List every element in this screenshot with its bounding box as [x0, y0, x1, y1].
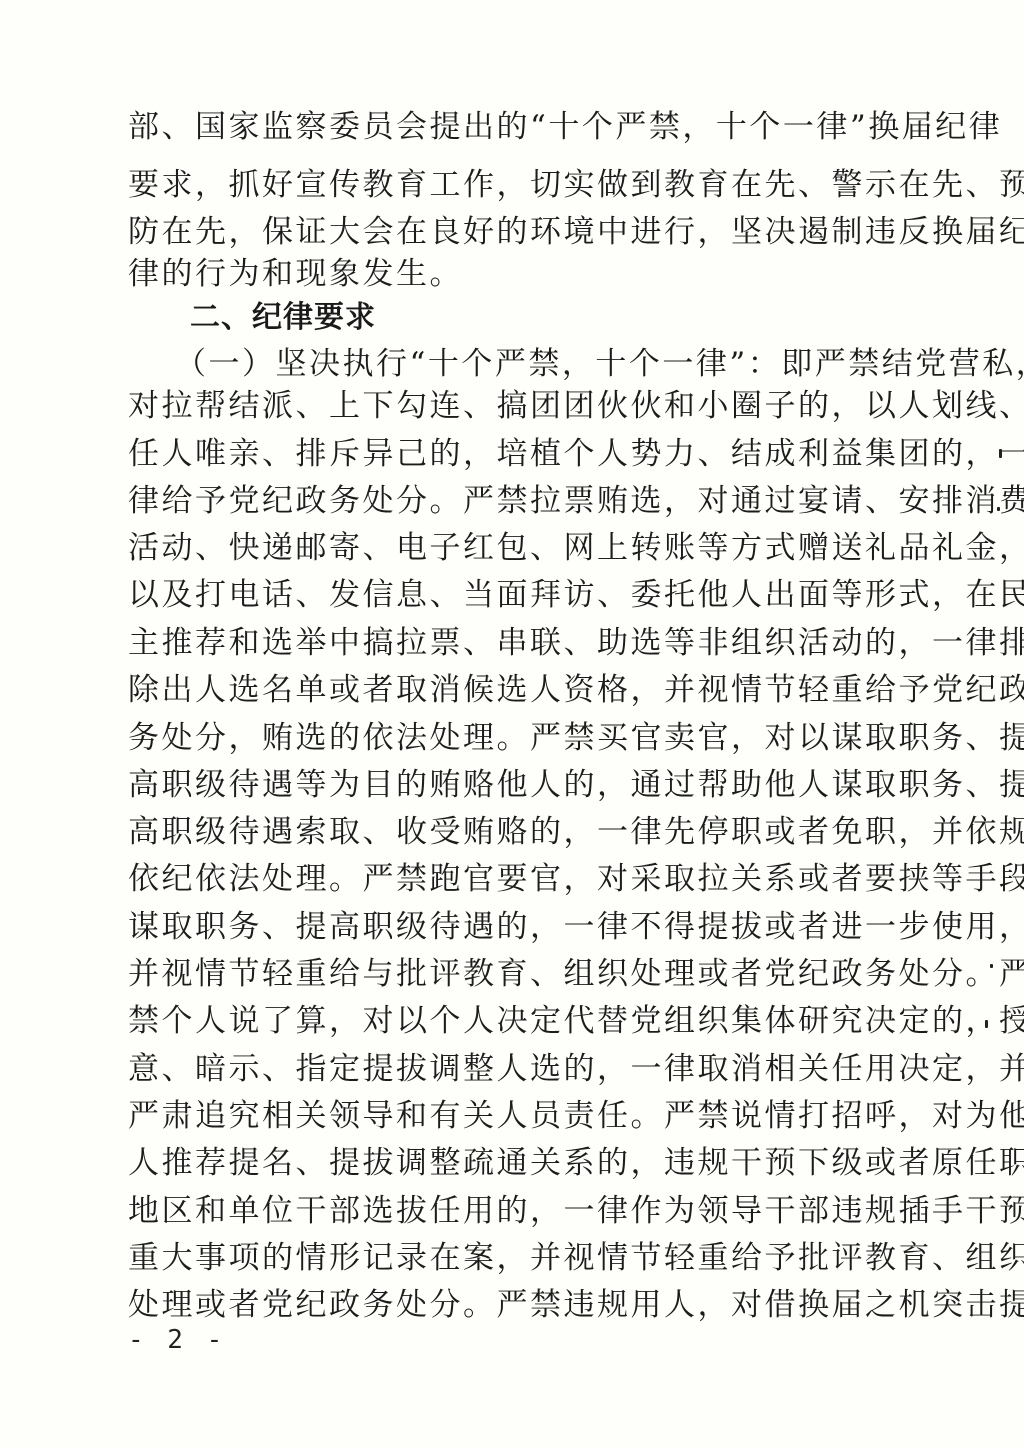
paragraph-line: 人推荐提名、提拔调整疏通关系的，违规干预下级或者原任职 [128, 1141, 898, 1185]
paragraph-line: 谋取职务、提高职级待遇的，一律不得提拔或者进一步使用， [128, 905, 898, 949]
section-heading: 二、纪律要求 [190, 296, 376, 340]
page-number: - 2 - [128, 1325, 226, 1355]
paragraph-line: 地区和单位干部选拔任用的，一律作为领导干部违规插手干预 [128, 1189, 898, 1233]
binding-mark [990, 964, 993, 968]
paragraph-line: 律给予党纪政务处分。严禁拉票贿选，对通过宴请、安排消费 [128, 479, 898, 523]
paragraph-line: 主推荐和选举中搞拉票、串联、助选等非组织活动的，一律排 [128, 621, 898, 665]
binding-mark [997, 507, 1000, 511]
paragraph-line: 对拉帮结派、上下勾连、搞团团伙伙和小圈子的，以人划线、 [128, 384, 898, 428]
document-page: 部、国家监察委员会提出的“十个严禁，十个一律”换届纪律 要求，抓好宣传教育工作，… [0, 0, 1024, 1447]
paragraph-line: 处理或者党纪政务处分。严禁违规用人，对借换届之机突击提 [128, 1283, 898, 1327]
paragraph-line: 任人唯亲、排斥异己的，培植个人势力、结成利益集团的，一 [128, 432, 898, 476]
paragraph-line: 部、国家监察委员会提出的“十个严禁，十个一律”换届纪律 [128, 105, 898, 149]
paragraph-line: 除出人选名单或者取消候选人资格，并视情节轻重给予党纪政 [128, 668, 898, 712]
paragraph-line: 律的行为和现象发生。 [128, 252, 898, 296]
paragraph-line: 要求，抓好宣传教育工作，切实做到教育在先、警示在先、预 [128, 163, 898, 207]
paragraph-line: 以及打电话、发信息、当面拜访、委托他人出面等形式，在民 [128, 573, 898, 617]
paragraph-line: 高职级待遇索取、收受贿赂的，一律先停职或者免职，并依规 [128, 810, 898, 854]
paragraph-line: 活动、快递邮寄、电子红包、网上转账等方式赠送礼品礼金， [128, 526, 898, 570]
paragraph-line: 重大事项的情形记录在案，并视情节轻重给予批评教育、组织 [128, 1236, 898, 1280]
paragraph-line: 务处分，贿选的依法处理。严禁买官卖官，对以谋取职务、提 [128, 716, 898, 760]
binding-mark [999, 449, 1002, 458]
paragraph-line: 禁个人说了算，对以个人决定代替党组织集体研究决定的，授 [128, 999, 898, 1043]
paragraph-line: 依纪依法处理。严禁跑官要官，对采取拉关系或者要挟等手段 [128, 857, 898, 901]
paragraph-line: 意、暗示、指定提拔调整人选的，一律取消相关任用决定，并 [128, 1047, 898, 1091]
paragraph-line: 高职级待遇等为目的贿赂他人的，通过帮助他人谋取职务、提 [128, 763, 898, 807]
binding-mark [985, 1020, 988, 1028]
paragraph-line: 并视情节轻重给与批评教育、组织处理或者党纪政务处分。严 [128, 952, 898, 996]
paragraph-line: 防在先，保证大会在良好的环境中进行，坚决遏制违反换届纪 [128, 210, 898, 254]
paragraph-line: 严肃追究相关领导和有关人员责任。严禁说情打招呼，对为他 [128, 1094, 898, 1138]
paragraph-line: （一）坚决执行“十个严禁，十个一律”：即严禁结党营私， [175, 342, 898, 386]
